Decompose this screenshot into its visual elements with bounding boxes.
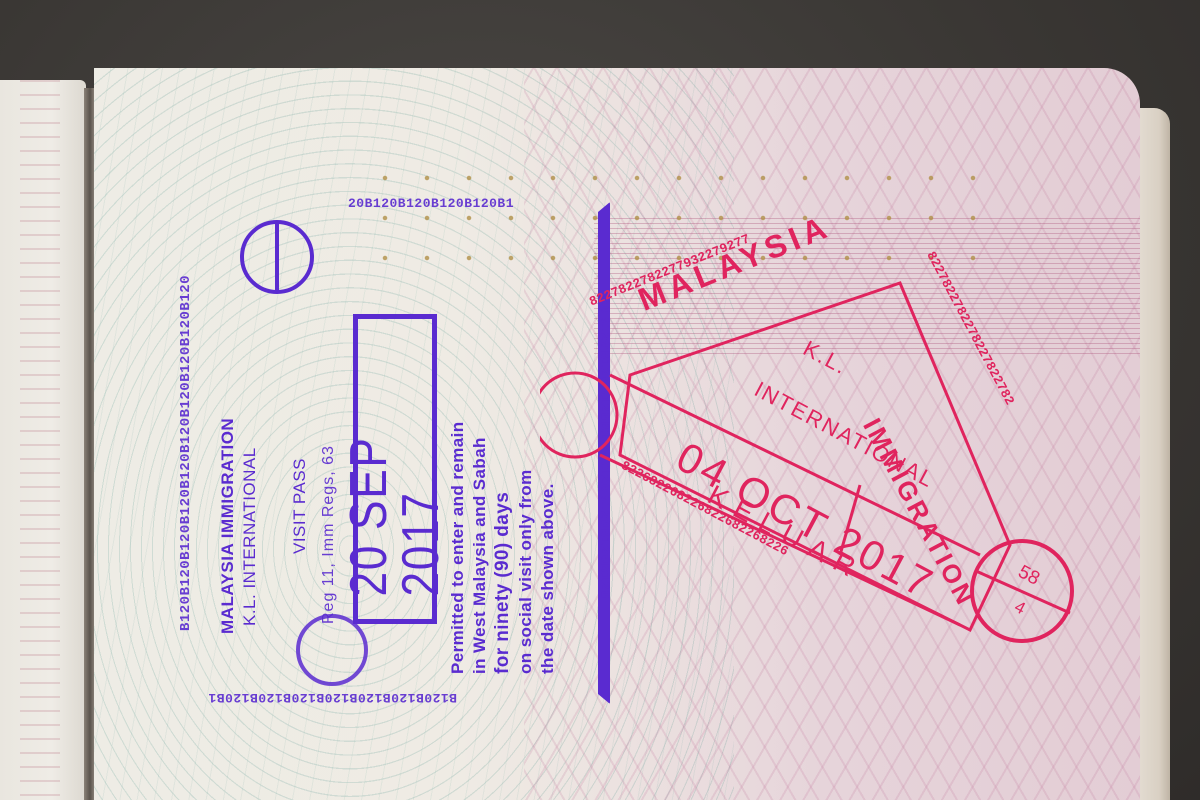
entry-pass-type: VISIT PASS	[290, 458, 310, 554]
entry-seal-faint-icon	[296, 614, 368, 686]
entry-seal-icon	[240, 220, 314, 294]
entry-stamp-title: MALAYSIA IMMIGRATION	[218, 418, 238, 634]
entry-stamp-subtitle: K.L. INTERNATIONAL	[240, 447, 260, 626]
entry-regulation: Reg 11, Imm Regs, 63	[320, 445, 338, 624]
entry-permission-line: on social visit only from	[516, 469, 536, 674]
entry-serial-left-edge: B120B120B120B120B120B120B120B120B120B120	[178, 202, 194, 704]
entry-date-box: 20 SEP 2017	[353, 314, 437, 624]
exit-stamp: 8227822782277932279277 82278227822782278…	[540, 225, 1100, 675]
guilloche-pattern	[20, 80, 60, 800]
left-passport-page	[0, 80, 86, 800]
entry-permission-line: Permitted to enter and remain	[448, 422, 468, 675]
entry-serial-bottom-edge: B120B120B120B120B120B120B120B1	[208, 690, 457, 705]
entry-permission-line: in West Malaysia and Sabah	[470, 437, 490, 674]
entry-permission-line: for ninety (90) days	[492, 492, 514, 674]
entry-date: 20 SEP 2017	[343, 342, 447, 597]
entry-serial-top-edge: 20B120B120B120B120B1	[348, 196, 514, 211]
